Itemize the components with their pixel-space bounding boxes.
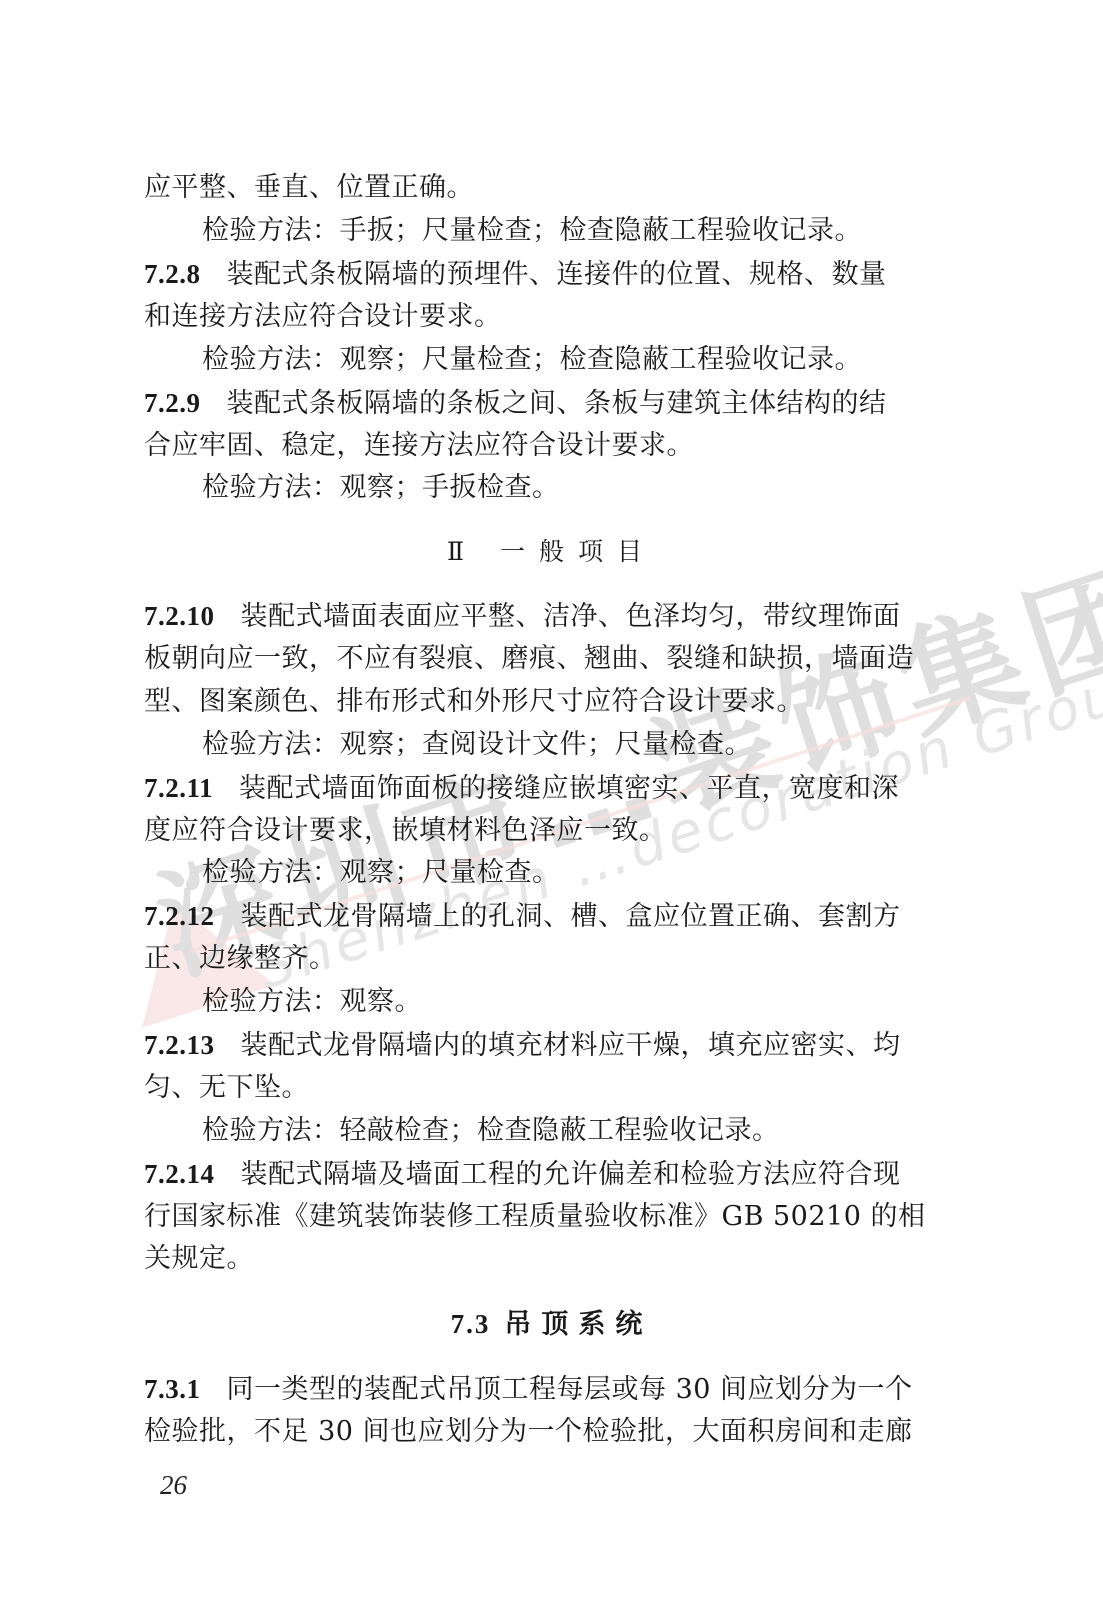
clause-7-2-13: 7.2.13装配式龙骨隔墙内的填充材料应干燥，填充应密实、均 xyxy=(144,1029,944,1062)
clause-text: 装配式龙骨隔墙上的孔洞、槽、盒应位置正确、套割方 xyxy=(241,901,901,932)
inspection-method: 检验方法：轻敲检查；检查隐蔽工程验收记录。 xyxy=(202,1115,1002,1147)
clause-7-2-10: 7.2.10装配式墙面表面应平整、洁净、色泽均匀，带纹理饰面 xyxy=(144,600,944,633)
clause-text: 装配式墙面饰面板的接缝应嵌填密实、平直，宽度和深 xyxy=(239,773,899,804)
clause-number: 7.2.8 xyxy=(144,258,201,290)
clause-number: 7.2.14 xyxy=(144,1158,215,1190)
clause-number: 7.2.11 xyxy=(144,772,213,804)
clause-text: 装配式条板隔墙的条板之间、条板与建筑主体结构的结 xyxy=(227,388,887,419)
clause-text: 装配式墙面表面应平整、洁净、色泽均匀，带纹理饰面 xyxy=(241,601,901,632)
clause-7-2-9: 7.2.9装配式条板隔墙的条板之间、条板与建筑主体结构的结 xyxy=(144,387,944,420)
clause-7-2-11: 7.2.11装配式墙面饰面板的接缝应嵌填密实、平直，宽度和深 xyxy=(144,772,944,805)
text-line: 合应牢固、稳定，连接方法应符合设计要求。 xyxy=(144,430,944,462)
inspection-method: 检验方法：观察；尺量检查。 xyxy=(202,857,1002,889)
clause-number: 7.2.10 xyxy=(144,600,215,632)
section-heading-7-3: 7.3吊顶系统 xyxy=(0,1308,1103,1341)
clause-7-2-8: 7.2.8装配式条板隔墙的预埋件、连接件的位置、规格、数量 xyxy=(144,258,944,291)
clause-number: 7.3.1 xyxy=(144,1373,201,1405)
text-line: 和连接方法应符合设计要求。 xyxy=(144,301,944,333)
text-line: 应平整、垂直、位置正确。 xyxy=(144,172,944,204)
section-number: 7.3 xyxy=(451,1309,491,1339)
inspection-method: 检验方法：观察。 xyxy=(202,986,1002,1018)
clause-text: 装配式条板隔墙的预埋件、连接件的位置、规格、数量 xyxy=(227,259,887,290)
clause-text: 同一类型的装配式吊顶工程每层或每 30 间应划分为一个 xyxy=(227,1374,913,1405)
clause-text: 装配式龙骨隔墙内的填充材料应干燥，填充应密实、均 xyxy=(241,1030,901,1061)
clause-7-2-12: 7.2.12装配式龙骨隔墙上的孔洞、槽、盒应位置正确、套割方 xyxy=(144,900,944,933)
page-number: 26 xyxy=(160,1470,187,1501)
inspection-method: 检验方法：观察；手扳检查。 xyxy=(202,472,1002,504)
text-line: 正、边缘整齐。 xyxy=(144,943,944,975)
section-title: 吊顶系统 xyxy=(504,1309,652,1340)
clause-number: 7.2.13 xyxy=(144,1029,215,1061)
text-line: 行国家标准《建筑装饰装修工程质量验收标准》GB 50210 的相 xyxy=(144,1201,944,1233)
text-line: 检验批，不足 30 间也应划分为一个检验批，大面积房间和走廊 xyxy=(144,1416,944,1448)
text-line: 型、图案颜色、排布形式和外形尺寸应符合设计要求。 xyxy=(144,686,944,718)
text-line: 板朝向应一致，不应有裂痕、磨痕、翘曲、裂缝和缺损，墙面造 xyxy=(144,643,944,675)
text-line: 度应符合设计要求，嵌填材料色泽应一致。 xyxy=(144,815,944,847)
inspection-method: 检验方法：观察；查阅设计文件；尺量检查。 xyxy=(202,729,1002,761)
document-page: 深圳市…装饰集团 Shenzhen …decoration Group 应平整、… xyxy=(0,0,1103,1597)
clause-text: 装配式隔墙及墙面工程的允许偏差和检验方法应符合现 xyxy=(241,1159,901,1190)
inspection-method: 检验方法：观察；尺量检查；检查隐蔽工程验收记录。 xyxy=(202,344,1002,376)
clause-7-3-1: 7.3.1同一类型的装配式吊顶工程每层或每 30 间应划分为一个 xyxy=(144,1373,944,1406)
text-line: 匀、无下坠。 xyxy=(144,1072,944,1104)
subsection-heading-general-items: Ⅱ 一般项目 xyxy=(0,536,1103,568)
clause-7-2-14: 7.2.14装配式隔墙及墙面工程的允许偏差和检验方法应符合现 xyxy=(144,1158,944,1191)
clause-number: 7.2.9 xyxy=(144,387,201,419)
text-line: 关规定。 xyxy=(144,1243,944,1275)
inspection-method: 检验方法：手扳；尺量检查；检查隐蔽工程验收记录。 xyxy=(202,215,1002,247)
clause-number: 7.2.12 xyxy=(144,900,215,932)
